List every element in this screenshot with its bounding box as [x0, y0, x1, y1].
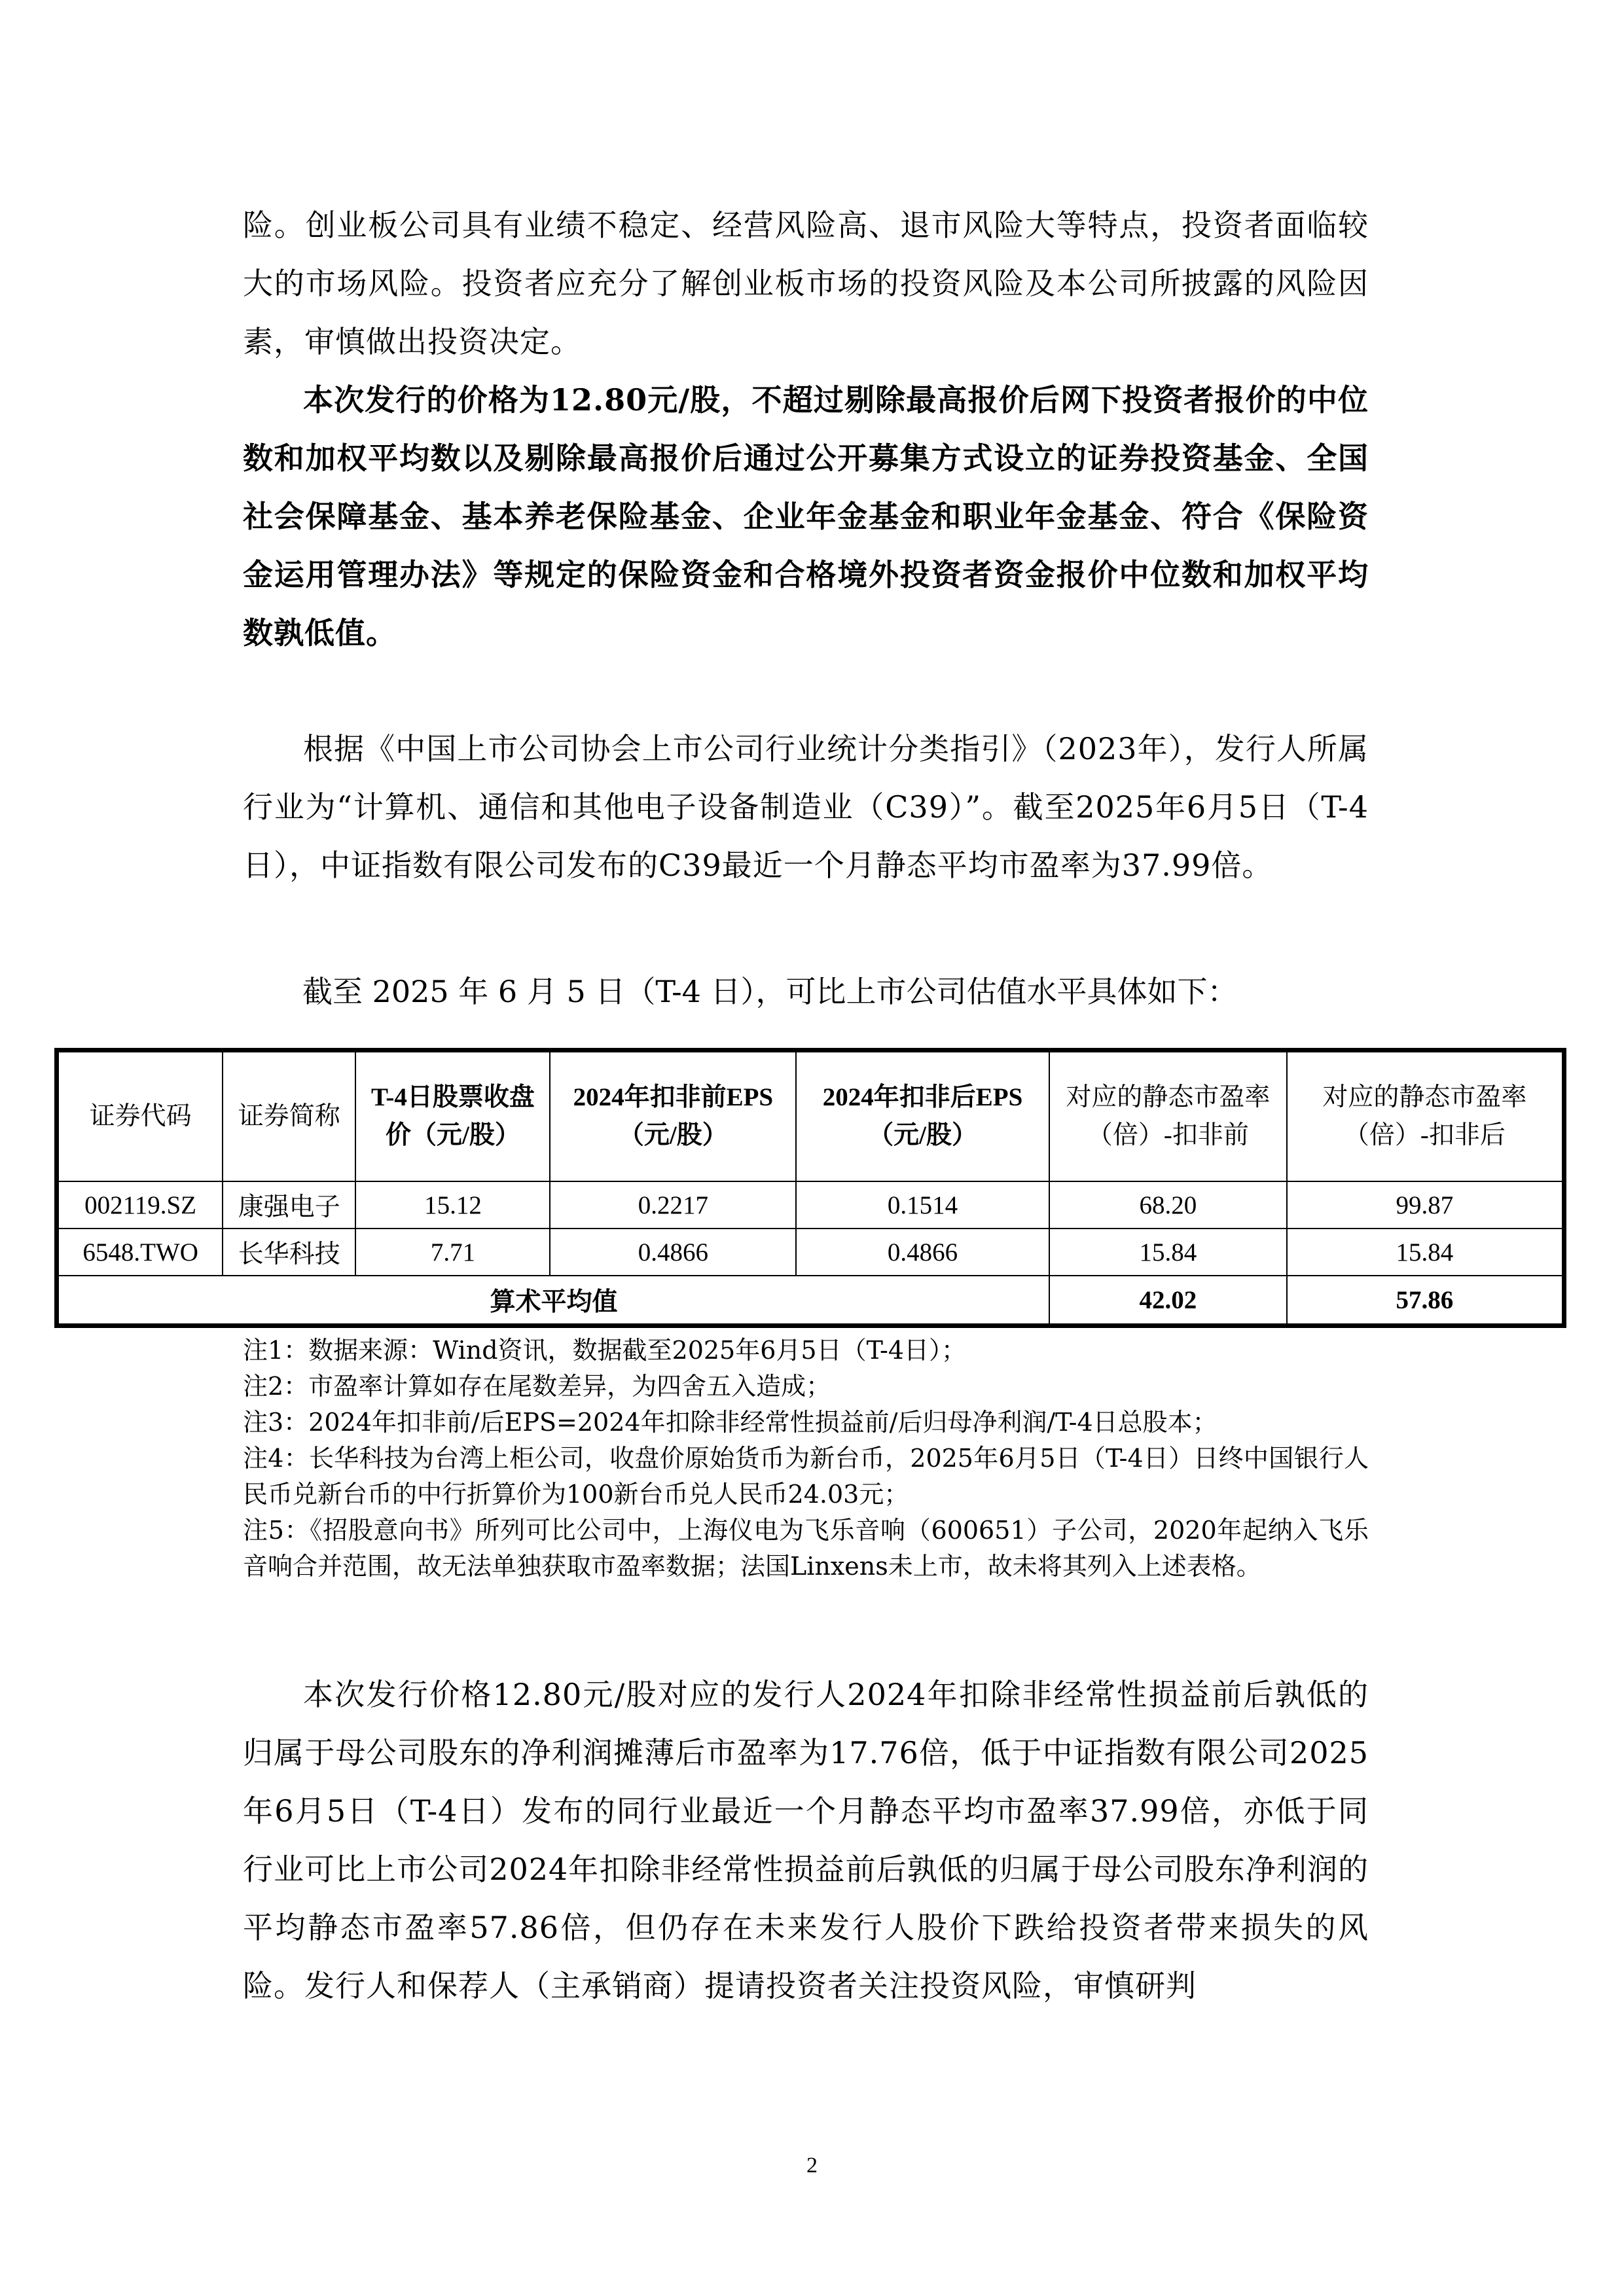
header-eps-after: 2024年扣非后EPS（元/股）	[796, 1050, 1049, 1182]
paragraph-risk-warning: 险。创业板公司具有业绩不稳定、经营风险高、退市风险大等特点，投资者面临较大的市场…	[243, 196, 1369, 371]
cell-code: 6548.TWO	[57, 1229, 223, 1276]
table-row: 6548.TWO 长华科技 7.71 0.4866 0.4866 15.84 1…	[57, 1229, 1564, 1276]
note-3: 注3：2024年扣非前/后EPS=2024年扣除非经常性损益前/后归母净利润/T…	[243, 1405, 1369, 1441]
note-2: 注2：市盈率计算如存在尾数差异，为四舍五入造成；	[243, 1369, 1369, 1405]
average-label: 算术平均值	[57, 1276, 1049, 1326]
header-pe-after: 对应的静态市盈率（倍）-扣非后	[1287, 1050, 1564, 1182]
table-intro: 截至 2025 年 6 月 5 日（T-4 日），可比上市公司估值水平具体如下：	[302, 972, 1238, 1011]
cell-pe-after: 15.84	[1287, 1229, 1564, 1276]
header-security-code: 证券代码	[57, 1050, 223, 1182]
cell-eps-after: 0.4866	[796, 1229, 1049, 1276]
cell-close-price: 7.71	[355, 1229, 550, 1276]
header-pe-before: 对应的静态市盈率（倍）-扣非前	[1049, 1050, 1287, 1182]
average-pe-after: 57.86	[1287, 1276, 1564, 1326]
cell-eps-before: 0.2217	[550, 1181, 796, 1229]
page-number: 2	[0, 2153, 1624, 2178]
document-page: 险。创业板公司具有业绩不稳定、经营风险高、退市风险大等特点，投资者面临较大的市场…	[0, 0, 1624, 2296]
header-security-name: 证券简称	[223, 1050, 355, 1182]
cell-pe-after: 99.87	[1287, 1181, 1564, 1229]
paragraph-industry-pe: 根据《中国上市公司协会上市公司行业统计分类指引》（2023年），发行人所属行业为…	[243, 720, 1369, 895]
cell-eps-before: 0.4866	[550, 1229, 796, 1276]
paragraph-issue-price: 本次发行的价格为12.80元/股，不超过剔除最高报价后网下投资者报价的中位数和加…	[243, 371, 1369, 662]
note-5: 注5：《招股意向书》所列可比公司中，上海仪电为飞乐音响（600651）子公司，2…	[243, 1513, 1369, 1585]
comparable-companies-table: 证券代码 证券简称 T-4日股票收盘价（元/股） 2024年扣非前EPS（元/股…	[54, 1048, 1566, 1328]
cell-eps-after: 0.1514	[796, 1181, 1049, 1229]
cell-code: 002119.SZ	[57, 1181, 223, 1229]
note-1: 注1：数据来源：Wind资讯，数据截至2025年6月5日（T-4日）；	[243, 1333, 1369, 1369]
paragraph-pe-comparison: 本次发行价格12.80元/股对应的发行人2024年扣除非经常性损益前后孰低的归属…	[243, 1666, 1369, 2015]
average-pe-before: 42.02	[1049, 1276, 1287, 1326]
table-average-row: 算术平均值 42.02 57.86	[57, 1276, 1564, 1326]
header-close-price: T-4日股票收盘价（元/股）	[355, 1050, 550, 1182]
cell-pe-before: 15.84	[1049, 1229, 1287, 1276]
cell-close-price: 15.12	[355, 1181, 550, 1229]
note-4: 注4：长华科技为台湾上柜公司，收盘价原始货币为新台币，2025年6月5日（T-4…	[243, 1441, 1369, 1513]
cell-name: 长华科技	[223, 1229, 355, 1276]
table-row: 002119.SZ 康强电子 15.12 0.2217 0.1514 68.20…	[57, 1181, 1564, 1229]
cell-pe-before: 68.20	[1049, 1181, 1287, 1229]
header-eps-before: 2024年扣非前EPS（元/股）	[550, 1050, 796, 1182]
table-notes: 注1：数据来源：Wind资讯，数据截至2025年6月5日（T-4日）； 注2：市…	[243, 1333, 1369, 1585]
table-header-row: 证券代码 证券简称 T-4日股票收盘价（元/股） 2024年扣非前EPS（元/股…	[57, 1050, 1564, 1182]
cell-name: 康强电子	[223, 1181, 355, 1229]
